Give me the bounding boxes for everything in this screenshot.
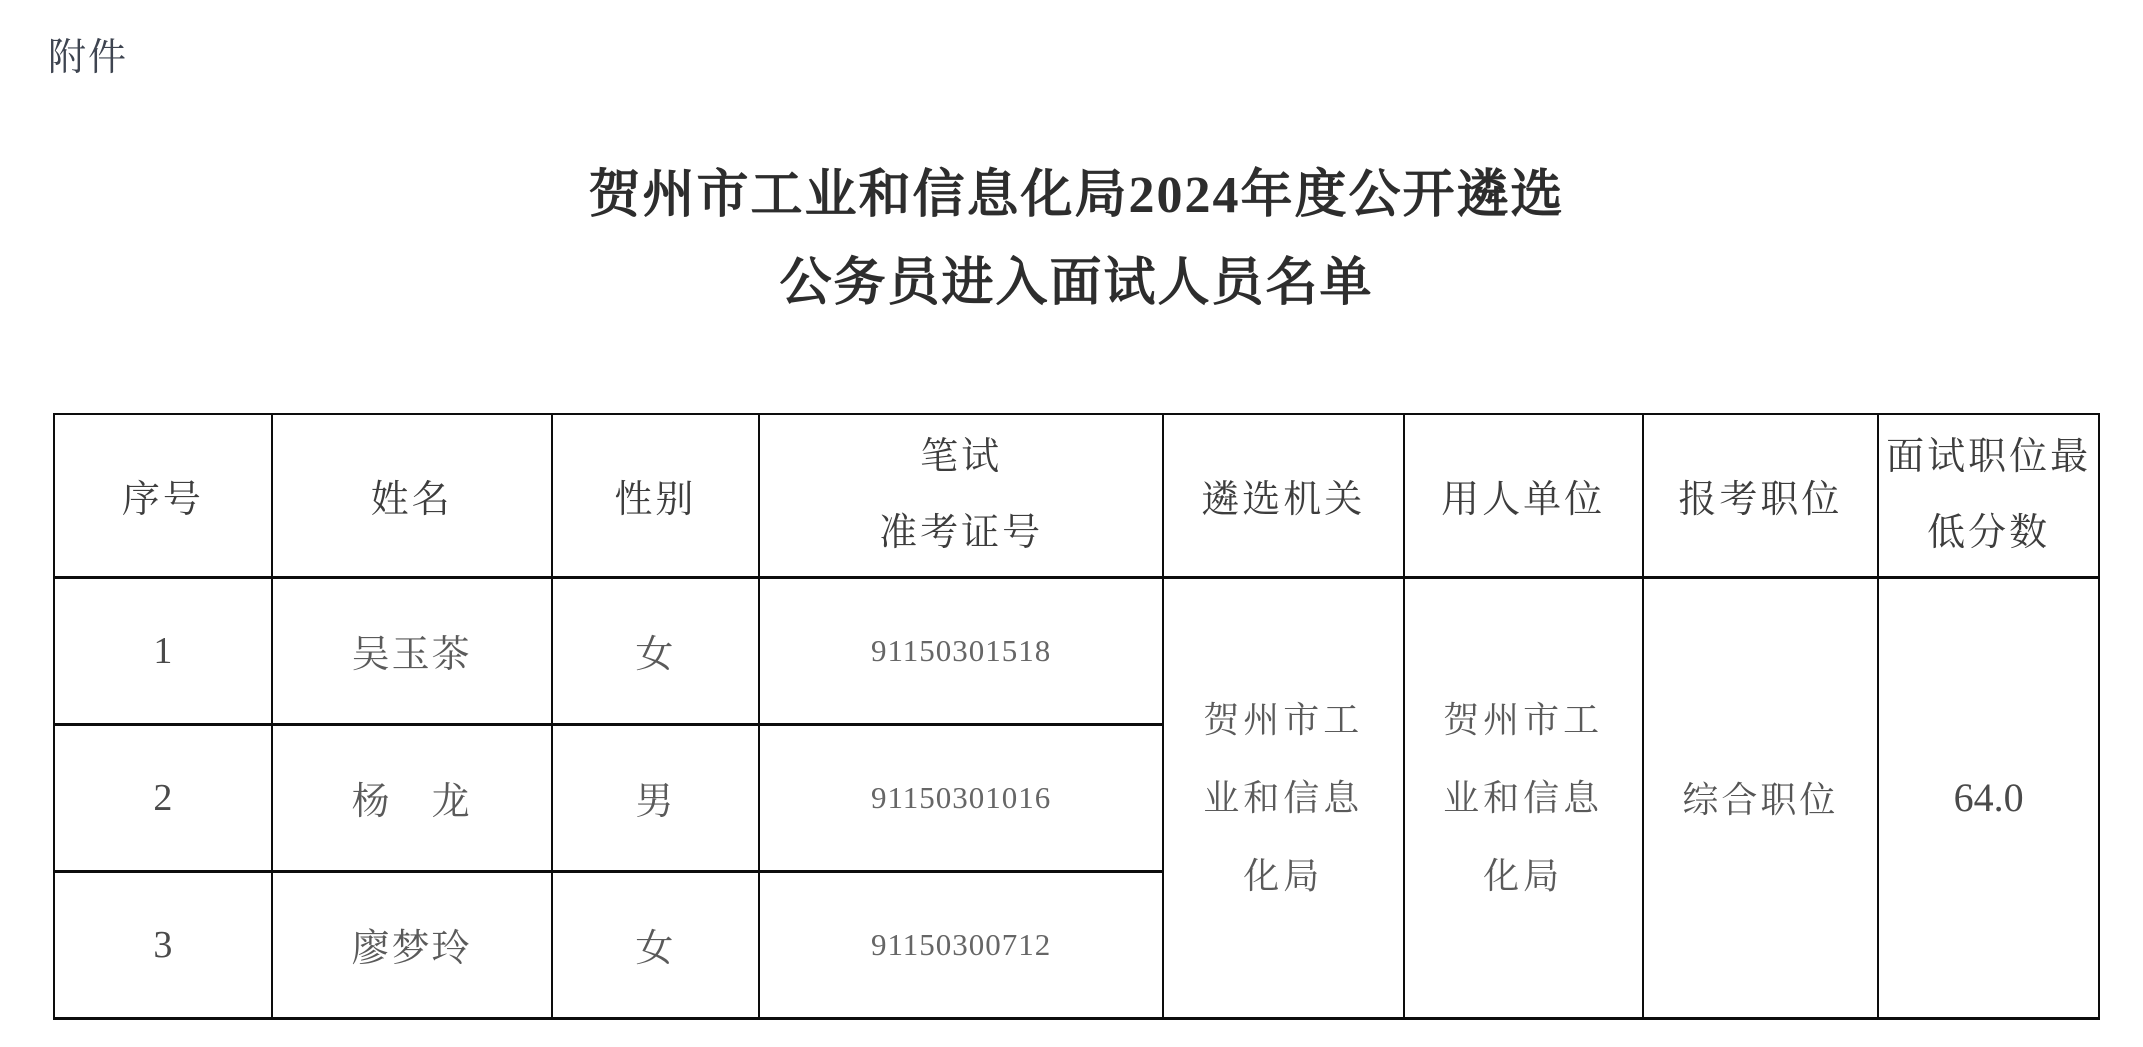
selecting-organ-line2: 业和信息 bbox=[1164, 759, 1403, 837]
cell-name-3: 廖梦玲 bbox=[272, 871, 552, 1018]
table-row-1: 1 吴玉茶 女 91150301518 贺州市工 业和信息 化局 贺州市工 业和… bbox=[54, 577, 2099, 724]
document-title-line1: 贺州市工业和信息化局2024年度公开遴选 bbox=[53, 152, 2100, 240]
employer-line3: 化局 bbox=[1405, 837, 1642, 915]
cell-index-2: 2 bbox=[54, 724, 272, 871]
col-header-min-score-line1: 面试职位最 bbox=[1879, 419, 2098, 495]
document-page: 附件 贺州市工业和信息化局2024年度公开遴选 公务员进入面试人员名单 序号 姓… bbox=[0, 0, 2143, 1047]
attachment-label: 附件 bbox=[48, 26, 128, 81]
col-header-exam-no: 笔试 准考证号 bbox=[759, 414, 1163, 577]
col-header-exam-no-line1: 笔试 bbox=[760, 419, 1162, 495]
cell-exam-no-1: 91150301518 bbox=[759, 577, 1163, 724]
cell-exam-no-3: 91150300712 bbox=[759, 871, 1163, 1018]
cell-name-2: 杨 龙 bbox=[272, 724, 552, 871]
merged-cell-employer: 贺州市工 业和信息 化局 bbox=[1404, 577, 1643, 1018]
cell-gender-3: 女 bbox=[552, 871, 760, 1018]
col-header-selecting-organ: 遴选机关 bbox=[1163, 414, 1404, 577]
merged-cell-min-score: 64.0 bbox=[1878, 577, 2099, 1018]
cell-exam-no-2: 91150301016 bbox=[759, 724, 1163, 871]
col-header-exam-no-line2: 准考证号 bbox=[760, 495, 1162, 571]
cell-name-1: 吴玉茶 bbox=[272, 577, 552, 724]
merged-cell-position: 综合职位 bbox=[1643, 577, 1879, 1018]
merged-cell-selecting-organ: 贺州市工 业和信息 化局 bbox=[1163, 577, 1404, 1018]
col-header-min-score-line2: 低分数 bbox=[1879, 495, 2098, 571]
col-header-gender: 性别 bbox=[552, 414, 760, 577]
document-title: 贺州市工业和信息化局2024年度公开遴选 公务员进入面试人员名单 bbox=[53, 152, 2100, 328]
col-header-position: 报考职位 bbox=[1643, 414, 1879, 577]
document-title-line2: 公务员进入面试人员名单 bbox=[53, 240, 2100, 328]
col-header-employer: 用人单位 bbox=[1404, 414, 1643, 577]
employer-line2: 业和信息 bbox=[1405, 759, 1642, 837]
selecting-organ-line1: 贺州市工 bbox=[1164, 681, 1403, 759]
interview-candidates-table: 序号 姓名 性别 笔试 准考证号 遴选机关 用人单位 报考职位 面试职位最 低分… bbox=[53, 413, 2100, 1020]
cell-index-1: 1 bbox=[54, 577, 272, 724]
cell-index-3: 3 bbox=[54, 871, 272, 1018]
cell-gender-1: 女 bbox=[552, 577, 760, 724]
col-header-name: 姓名 bbox=[272, 414, 552, 577]
employer-line1: 贺州市工 bbox=[1405, 681, 1642, 759]
selecting-organ-line3: 化局 bbox=[1164, 837, 1403, 915]
col-header-min-score: 面试职位最 低分数 bbox=[1878, 414, 2099, 577]
col-header-index: 序号 bbox=[54, 414, 272, 577]
table-header-row: 序号 姓名 性别 笔试 准考证号 遴选机关 用人单位 报考职位 面试职位最 低分… bbox=[54, 414, 2099, 577]
cell-gender-2: 男 bbox=[552, 724, 760, 871]
